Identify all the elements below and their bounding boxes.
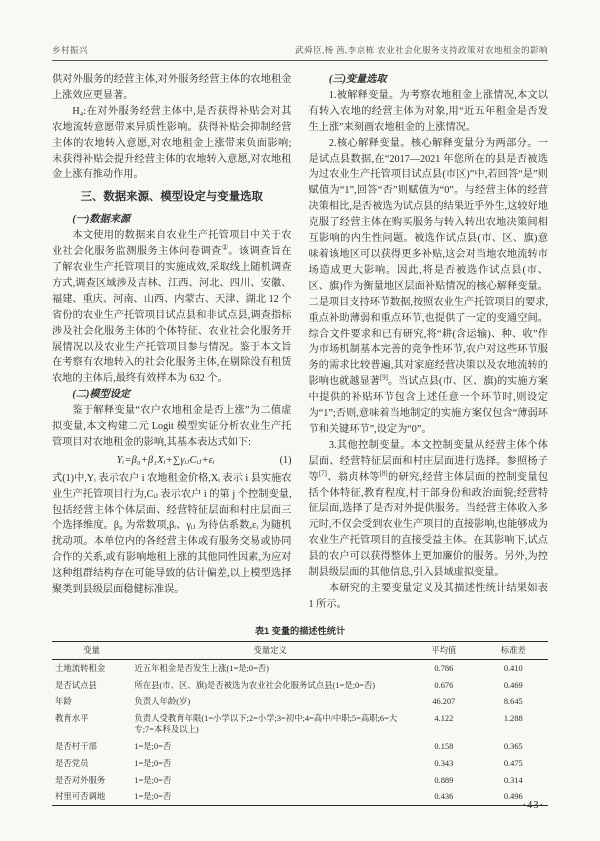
table-row: 年龄 负责人年龄(岁) 46.207 8.645 [52, 694, 548, 711]
table-header-row: 变量 变量定义 平均值 标准差 [52, 641, 548, 660]
paragraph-text: 2.核心解释变量。核心解释变量分为两部分。一是试点县数据,在“2017—2021… [309, 138, 549, 388]
equation-1: Yᵢ=β₀+β₁Xᵢ+∑γᵢⱼCᵢⱼ+εᵢ (1) [52, 453, 292, 469]
table-row: 村里可否调地 1=是;0=否 0.436 0.496 [52, 789, 548, 806]
cell-definition: 近五年租金是否发生上涨(1=是;0=否) [131, 660, 409, 677]
cell-variable: 是否对外服务 [52, 772, 131, 789]
citation-marker: [7] [319, 470, 327, 477]
paragraph-model-intro: 鉴于解释变量“农户农地租金是否上涨”为二值虚拟变量,本文构建二元 Logit 模… [52, 403, 292, 451]
cell-variable: 是否村干部 [52, 739, 131, 756]
journal-name: 乡村振兴 [52, 44, 88, 56]
cell-definition: 负责人年龄(岁) [131, 694, 409, 711]
cell-mean: 0.676 [409, 677, 478, 694]
col-header-definition: 变量定义 [131, 641, 409, 660]
table-row: 是否试点县 所在县(市、区、旗)是否被选为农业社会化服务试点县(1=是;0=否)… [52, 677, 548, 694]
cell-sd: 0.469 [479, 677, 548, 694]
table-row: 是否村干部 1=是;0=否 0.158 0.365 [52, 739, 548, 756]
table-row: 是否对外服务 1=是;0=否 0.889 0.314 [52, 772, 548, 789]
cell-mean: 0.889 [409, 772, 478, 789]
paragraph-core-variable: 2.核心解释变量。核心解释变量分为两部分。一是试点县数据,在“2017—2021… [309, 136, 549, 438]
cell-mean: 0.786 [409, 660, 478, 677]
cell-variable: 是否党员 [52, 755, 131, 772]
descriptive-statistics-table: 变量 变量定义 平均值 标准差 土地流转租金 近五年租金是否发生上涨(1=是;0… [52, 641, 548, 807]
journal-page: 乡村振兴 武舜臣,杨 茜,李京栋 农业社会化服务支持政策对农地租金的影响 供对外… [0, 0, 600, 841]
cell-mean: 0.158 [409, 739, 478, 756]
cell-variable: 年龄 [52, 694, 131, 711]
subsection-model-setting: (二)模型设定 [52, 387, 292, 403]
body-columns: 供对外服务的经营主体,对外服务经营主体的农地租金上涨效应更显著。 H₄:在对外服… [52, 72, 548, 613]
cell-mean: 0.343 [409, 755, 478, 772]
paragraph-control-variables: 3.其他控制变量。本文控制变量从经营主体个体层面、经营特征层面和村庄层面进行选择… [309, 438, 549, 581]
cell-definition: 1=是;0=否 [131, 772, 409, 789]
cell-variable: 村里可否调地 [52, 789, 131, 806]
cell-sd: 0.410 [479, 660, 548, 677]
cell-mean: 46.207 [409, 694, 478, 711]
table-caption: 表1 变量的描述性统计 [52, 623, 548, 637]
table-row: 教育水平 负责人受教育年限(1=小学以下;2=小学;3=初中;4=高中/中职;5… [52, 710, 548, 738]
cell-definition: 所在县(市、区、旗)是否被选为农业社会化服务试点县(1=是;0=否) [131, 677, 409, 694]
running-header: 乡村振兴 武舜臣,杨 茜,李京栋 农业社会化服务支持政策对农地租金的影响 [52, 44, 548, 61]
cell-sd: 1.288 [479, 710, 548, 738]
cell-definition: 1=是;0=否 [131, 789, 409, 806]
subsection-variable-selection: (三)变量选取 [309, 72, 549, 88]
paragraph-text: 的研究,经营主体层面的控制变量包括个体特征,教育程度,村干部身份和政治面貌;经营… [309, 472, 549, 578]
cell-sd: 0.475 [479, 755, 548, 772]
cell-definition: 1=是;0=否 [131, 739, 409, 756]
equation-number: (1) [280, 453, 292, 469]
cell-variable: 是否试点县 [52, 677, 131, 694]
page-number: ·43· [523, 800, 545, 811]
section-heading-3: 三、数据来源、模型设定与变量选取 [52, 190, 292, 206]
cell-variable: 土地流转租金 [52, 660, 131, 677]
table-row: 是否党员 1=是;0=否 0.343 0.475 [52, 755, 548, 772]
paragraph-dependent-variable: 1.被解释变量。为考察农地租金上涨情况,本文以有转入农地的经营主体为对象,用“近… [309, 88, 549, 136]
col-header-sd: 标准差 [479, 641, 548, 660]
right-column: (三)变量选取 1.被解释变量。为考察农地租金上涨情况,本文以有转入农地的经营主… [309, 72, 549, 613]
cell-sd: 8.645 [479, 694, 548, 711]
equation-body: Yᵢ=β₀+β₁Xᵢ+∑γᵢⱼCᵢⱼ+εᵢ [52, 453, 280, 469]
paragraph-model-explanation: 式(1)中,Yᵢ 表示农户 i 农地租金价格,Xᵢ 表示 i 县实施农业生产托管… [52, 471, 292, 598]
cell-definition: 负责人受教育年限(1=小学以下;2=小学;3=初中;4=高中/中职;5=高职;6… [131, 710, 409, 738]
col-header-variable: 变量 [52, 641, 131, 660]
paragraph-continuation: 供对外服务的经营主体,对外服务经营主体的农地租金上涨效应更显著。 [52, 72, 292, 104]
cell-sd: 0.314 [479, 772, 548, 789]
paragraph-text: 。该调查旨在了解农业生产托管项目的实施成效,采取线上随机调查方式,调查区域涉及吉… [52, 246, 292, 384]
table-row: 土地流转租金 近五年租金是否发生上涨(1=是;0=否) 0.786 0.410 [52, 660, 548, 677]
paragraph-hypothesis-h4: H₄:在对外服务经营主体中,是否获得补贴会对其农地流转意愿带来异质性影响。获得补… [52, 104, 292, 184]
cell-sd: 0.365 [479, 739, 548, 756]
cell-mean: 0.436 [409, 789, 478, 806]
citation-marker: [8] [380, 470, 388, 477]
running-title: 武舜臣,杨 茜,李京栋 农业社会化服务支持政策对农地租金的影响 [295, 44, 548, 56]
cell-variable: 教育水平 [52, 710, 131, 738]
paragraph-data-source: 本文使用的数据来自农业生产托管项目中关于农业社会化服务监测服务主体问卷调查②。该… [52, 228, 292, 387]
cell-definition: 1=是;0=否 [131, 755, 409, 772]
citation-marker: [9] [380, 375, 388, 382]
left-column: 供对外服务的经营主体,对外服务经营主体的农地租金上涨效应更显著。 H₄:在对外服… [52, 72, 292, 613]
cell-mean: 4.122 [409, 710, 478, 738]
subsection-data-source: (一)数据来源 [52, 212, 292, 228]
col-header-mean: 平均值 [409, 641, 478, 660]
paragraph-table-reference: 本研究的主要变量定义及其描述性统计结果如表 1 所示。 [309, 581, 549, 613]
paragraph-text: 、翁贞林等 [327, 472, 380, 483]
